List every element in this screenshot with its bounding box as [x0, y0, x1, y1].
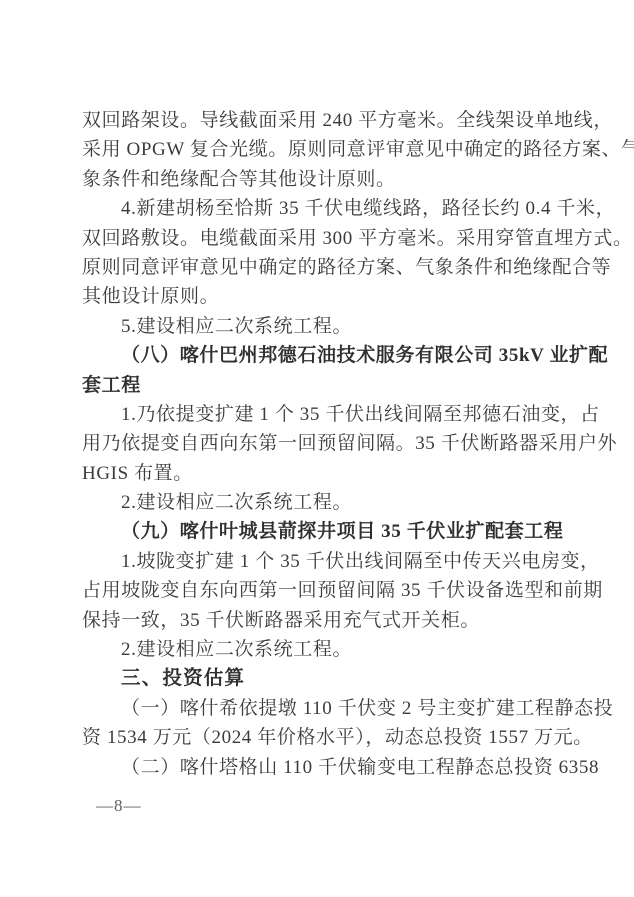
section-heading: （九）喀什叶城县葥探井项目 35 千伏业扩配套工程	[82, 517, 560, 546]
text-line: 其他设计原则。	[82, 282, 560, 311]
paragraph: 2.建设相应二次系统工程。	[82, 488, 560, 517]
section-heading: 三、投资估算	[82, 664, 560, 693]
text-line: 4.新建胡杨至恰斯 35 千伏电缆线路，路径长约 0.4 千米，	[82, 194, 560, 223]
paragraph: 4.新建胡杨至恰斯 35 千伏电缆线路，路径长约 0.4 千米， 双回路敷设。电…	[82, 194, 560, 312]
text-line: 套工程	[82, 371, 560, 400]
paragraph: 1.乃依提变扩建 1 个 35 千伏出线间隔至邦德石油变，占 用乃依提变自西向东…	[82, 400, 560, 488]
text-line: 用乃依提变自西向东第一回预留间隔。35 千伏断路器采用户外	[82, 429, 560, 458]
section-heading: （八）喀什巴州邦德石油技术服务有限公司 35kV 业扩配 套工程	[82, 341, 560, 400]
text-line: 原则同意评审意见中确定的路径方案、气象条件和绝缘配合等	[82, 253, 560, 282]
paragraph: （二）喀什塔格山 110 千伏输变电工程静态总投资 6358	[82, 753, 560, 782]
text-line: （九）喀什叶城县葥探井项目 35 千伏业扩配套工程	[82, 517, 560, 546]
text-line: 2.建设相应二次系统工程。	[82, 488, 560, 517]
text-line: 采用 OPGW 复合光缆。原则同意评审意见中确定的路径方案、气	[82, 135, 560, 164]
document-body: 双回路架设。导线截面采用 240 平方毫米。全线架设单地线， 采用 OPGW 复…	[82, 106, 560, 782]
paragraph: 5.建设相应二次系统工程。	[82, 312, 560, 341]
page-number: —8—	[96, 796, 142, 816]
text-line: 5.建设相应二次系统工程。	[82, 312, 560, 341]
text-line: （八）喀什巴州邦德石油技术服务有限公司 35kV 业扩配	[82, 341, 560, 370]
text-line: 占用坡陇变自东向西第一回预留间隔 35 千伏设备选型和前期	[82, 576, 560, 605]
text-line: 资 1534 万元（2024 年价格水平），动态总投资 1557 万元。	[82, 723, 560, 752]
paragraph: （一）喀什希依提墩 110 千伏变 2 号主变扩建工程静态投 资 1534 万元…	[82, 694, 560, 753]
paragraph: 2.建设相应二次系统工程。	[82, 635, 560, 664]
text-line: 双回路敷设。电缆截面采用 300 平方毫米。采用穿管直埋方式。	[82, 224, 560, 253]
text-line: 2.建设相应二次系统工程。	[82, 635, 560, 664]
document-page: 双回路架设。导线截面采用 240 平方毫米。全线架设单地线， 采用 OPGW 复…	[0, 0, 634, 897]
text-line: 1.坡陇变扩建 1 个 35 千伏出线间隔至中传天兴电房变，	[82, 547, 560, 576]
text-line: （二）喀什塔格山 110 千伏输变电工程静态总投资 6358	[82, 753, 560, 782]
text-line: 三、投资估算	[82, 664, 560, 693]
text-line: （一）喀什希依提墩 110 千伏变 2 号主变扩建工程静态投	[82, 694, 560, 723]
paragraph: 1.坡陇变扩建 1 个 35 千伏出线间隔至中传天兴电房变， 占用坡陇变自东向西…	[82, 547, 560, 635]
text-line: 象条件和绝缘配合等其他设计原则。	[82, 165, 560, 194]
text-line: HGIS 布置。	[82, 459, 560, 488]
text-line: 双回路架设。导线截面采用 240 平方毫米。全线架设单地线，	[82, 106, 560, 135]
text-line: 保持一致，35 千伏断路器采用充气式开关柜。	[82, 606, 560, 635]
text-line: 1.乃依提变扩建 1 个 35 千伏出线间隔至邦德石油变，占	[82, 400, 560, 429]
paragraph: 双回路架设。导线截面采用 240 平方毫米。全线架设单地线， 采用 OPGW 复…	[82, 106, 560, 194]
